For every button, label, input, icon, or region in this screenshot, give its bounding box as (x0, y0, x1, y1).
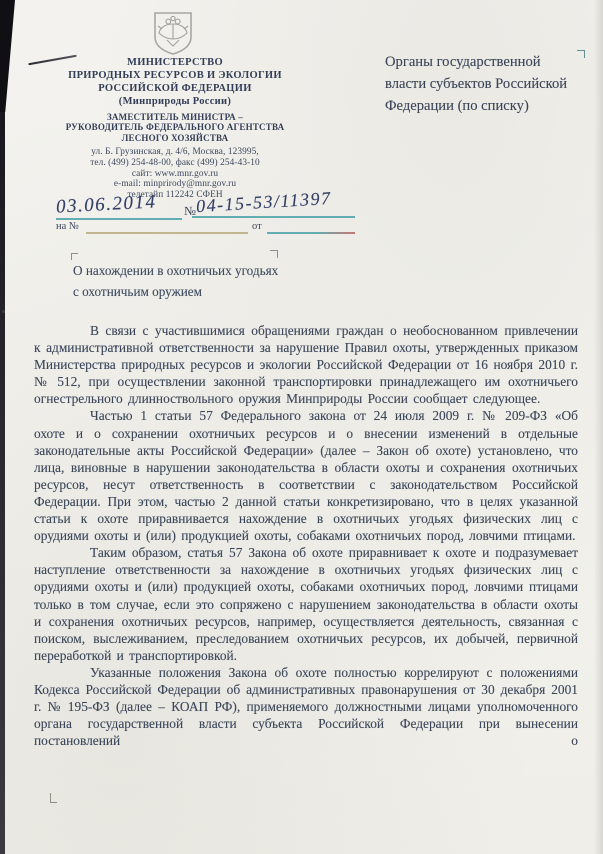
phone-fax-line: тел. (499) 254-48-00, факс (499) 254-43-… (40, 158, 310, 169)
body-paragraph: В связи с участившимися обращениями граж… (34, 322, 578, 407)
reply-to-underline (86, 232, 248, 234)
recipient-line: власти субъектов Российской (385, 74, 590, 96)
body-paragraph: Таким образом, статья 57 Закона об охоте… (34, 544, 578, 664)
official-title-line: РУКОВОДИТЕЛЬ ФЕДЕРАЛЬНОГО АГЕНТСТВА (40, 122, 310, 132)
subject-line: О нахождении в охотничьих угодьях (73, 260, 333, 281)
corner-mark-top-right (577, 50, 585, 58)
official-title-block: ЗАМЕСТИТЕЛЬ МИНИСТРА – РУКОВОДИТЕЛЬ ФЕДЕ… (40, 112, 310, 143)
coat-of-arms-emblem (150, 9, 196, 57)
recipient-line: Федерации (по списку) (385, 96, 590, 118)
scanned-letter-page: МИНИСТЕРСТВО ПРИРОДНЫХ РЕСУРСОВ И ЭКОЛОГ… (0, 0, 603, 854)
from-underline (267, 232, 355, 234)
address-line: ул. Б. Грузинская, д. 4/6, Москва, 12399… (40, 147, 310, 158)
ministry-line: МИНИСТЕРСТВО (40, 57, 310, 70)
reply-to-label: на № (56, 221, 79, 232)
from-label: от (252, 221, 262, 232)
scan-corner-shadow (0, 0, 15, 112)
official-title-line: ЗАМЕСТИТЕЛЬ МИНИСТРА – (40, 112, 310, 122)
subject-line: с охотничьим оружием (73, 281, 333, 302)
website-line: сайт: www.mnr.gov.ru (40, 169, 310, 180)
recipient-block: Органы государственной власти субъектов … (385, 52, 590, 117)
body-paragraph: Частью 1 статьи 57 Федерального закона о… (34, 407, 578, 544)
official-title-line: ЛЕСНОГО ХОЗЯЙСТВА (40, 133, 310, 143)
ministry-line: ПРИРОДНЫХ РЕСУРСОВ И ЭКОЛОГИИ (40, 70, 310, 83)
recipient-line: Органы государственной (385, 52, 590, 74)
email-line: e-mail: minprirody@mnr.gov.ru (40, 179, 310, 190)
corner-mark-subject-left (71, 253, 78, 260)
scan-edge-shadow-left (0, 0, 5, 854)
subject-block: О нахождении в охотничьих угодьях с охот… (73, 260, 333, 302)
letter-body: В связи с участившимися обращениями граж… (34, 322, 578, 749)
date-underline (56, 218, 182, 220)
ministry-name-block: МИНИСТЕРСТВО ПРИРОДНЫХ РЕСУРСОВ И ЭКОЛОГ… (40, 57, 310, 109)
corner-mark-subject-right (270, 250, 278, 258)
ministry-line: (Минприроды России) (40, 96, 310, 109)
number-underline (192, 216, 355, 218)
body-paragraph: Указанные положения Закона об охоте полн… (34, 664, 578, 749)
scan-edge-shadow-right (594, 0, 603, 854)
handwritten-date: 03.06.2014 (55, 191, 157, 218)
ministry-line: РОССИЙСКОЙ ФЕДЕРАЦИИ (40, 83, 310, 96)
corner-mark-bottom-left (50, 793, 57, 803)
scan-speck (2, 310, 5, 313)
